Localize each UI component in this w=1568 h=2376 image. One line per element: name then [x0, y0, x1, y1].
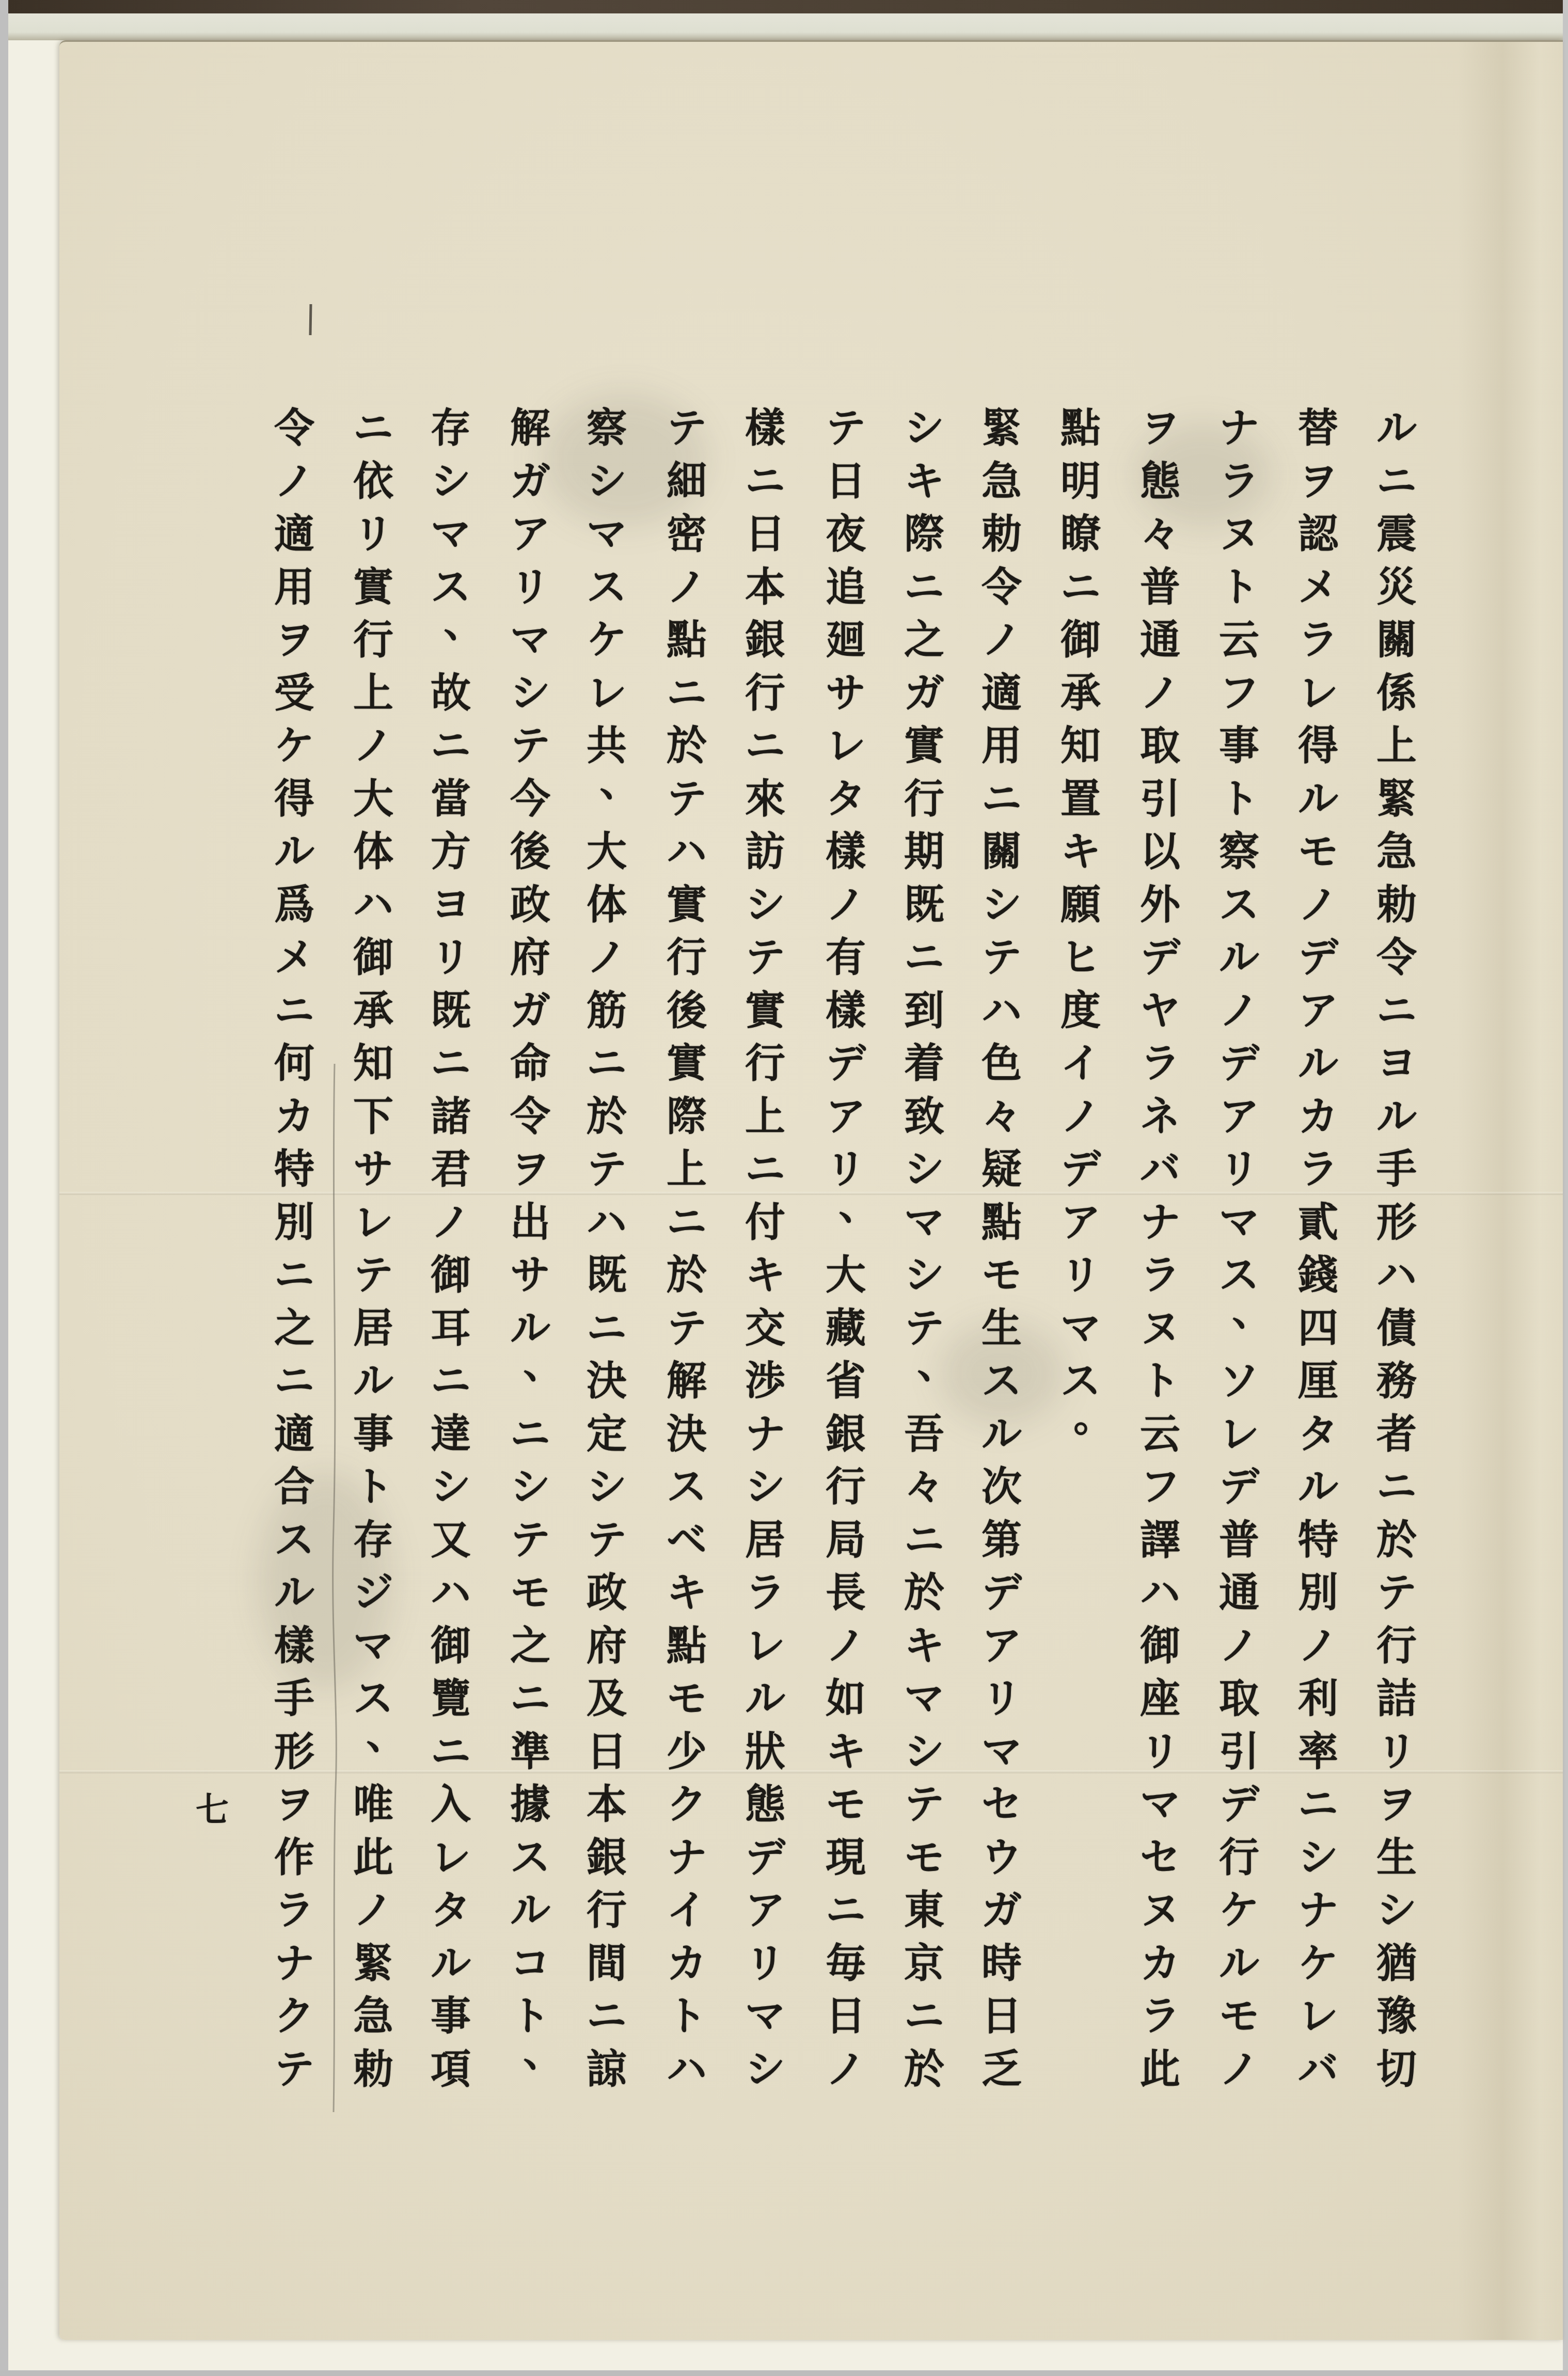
- character: 手: [1373, 1143, 1420, 1197]
- text-column: ナラヌト云フ事ト察スルノデアリマス、ソレデ普通ノ取引デ行ケルモノ: [1216, 402, 1262, 2096]
- character: 云: [1137, 1408, 1183, 1461]
- character: 色: [978, 1037, 1025, 1091]
- character: 於: [663, 720, 710, 773]
- character: ノ: [1216, 985, 1262, 1038]
- character: 取: [1137, 720, 1183, 773]
- character: 瞭: [1057, 508, 1104, 561]
- character: ラ: [742, 1567, 788, 1620]
- character: 急: [350, 1990, 397, 2043]
- character: 耳: [427, 1302, 474, 1356]
- character: 令: [1373, 932, 1420, 985]
- character: 當: [427, 773, 474, 826]
- character: 解: [663, 1355, 710, 1408]
- character: 用: [271, 561, 318, 615]
- character: 知: [350, 1037, 397, 1091]
- character: ア: [822, 1091, 869, 1144]
- character: ス: [271, 1514, 318, 1567]
- text-column: 點明瞭ニ御承知置キ願ヒ度イノデアリマス。: [1057, 402, 1104, 1461]
- character: 承: [350, 985, 397, 1038]
- text-column: 樣ニ日本銀行ニ來訪シテ實行上ニ付キ交渉ナシ居ラレル狀態デアリマシ: [742, 402, 788, 2096]
- scanner-edge-bottom: [0, 2370, 1568, 2376]
- character: デ: [1295, 932, 1341, 985]
- character: レ: [742, 1620, 788, 1673]
- character: 災: [1373, 561, 1420, 615]
- character: 通: [1137, 614, 1183, 667]
- character: 適: [271, 508, 318, 561]
- character: リ: [742, 1938, 788, 1991]
- character: レ: [583, 667, 630, 720]
- character: ハ: [1373, 1249, 1420, 1302]
- character: 及: [583, 1673, 630, 1726]
- character: 點: [663, 1620, 710, 1673]
- character: 銀: [583, 1832, 630, 1885]
- character: ニ: [271, 985, 318, 1038]
- character: ル: [271, 1567, 318, 1620]
- text-column: 存シマス、故ニ當方ヨリ既ニ諸君ノ御耳ニ達シ又ハ御覽ニ入レタル事項: [427, 402, 474, 2096]
- pencil-line-mark: [320, 1064, 351, 2117]
- character: シ: [901, 1143, 947, 1197]
- character: レ: [427, 1832, 474, 1885]
- character: 豫: [1373, 1990, 1420, 2043]
- character: セ: [978, 1779, 1025, 1832]
- character: 別: [271, 1197, 318, 1250]
- character: 日: [583, 1726, 630, 1779]
- character: ヲ: [1295, 455, 1341, 509]
- character: サ: [507, 1249, 553, 1302]
- text-column: テ細密ノ點ニ於テハ實行後實際上ニ於テ解決スベキ點モ少クナイカトハ: [663, 402, 710, 2096]
- character: ス: [978, 1355, 1025, 1408]
- character: 上: [350, 667, 397, 720]
- character: タ: [1295, 1408, 1341, 1461]
- character: 、: [520, 2026, 566, 2080]
- text-column: ニ依リ實行上ノ大体ハ御承知下サレテ居ル事ト存ジマス、唯此ノ緊急勅: [350, 402, 397, 2096]
- character: マ: [742, 1990, 788, 2043]
- character: ラ: [1137, 1037, 1183, 1091]
- character: 東: [901, 1884, 947, 1938]
- text-column: テ日夜追廻サレタ樣ノ有樣デアリ、大藏省銀行局長ノ如キモ現ニ毎日ノ: [822, 402, 869, 2096]
- character: ニ: [742, 455, 788, 509]
- character: ニ: [350, 402, 397, 455]
- character: 置: [1057, 773, 1104, 826]
- character: マ: [901, 1673, 947, 1726]
- character: ト: [1216, 773, 1262, 826]
- character: 普: [1137, 561, 1183, 615]
- character: ス: [583, 561, 630, 615]
- character: ア: [742, 1884, 788, 1938]
- character: ラ: [271, 1884, 318, 1938]
- character: バ: [1295, 2043, 1341, 2097]
- character: 於: [901, 1567, 947, 1620]
- character: 定: [583, 1408, 630, 1461]
- character: ル: [978, 1408, 1025, 1461]
- character: ノ: [822, 879, 869, 932]
- character: ヒ: [1057, 932, 1104, 985]
- character: 緊: [350, 1938, 397, 1991]
- character: キ: [742, 1249, 788, 1302]
- character: ノ: [427, 1197, 474, 1250]
- character: 行: [1216, 1832, 1262, 1885]
- character: 通: [1216, 1567, 1262, 1620]
- character: ア: [507, 508, 553, 561]
- character: 御: [427, 1620, 474, 1673]
- stray-tick-mark: [305, 302, 317, 338]
- character: 交: [742, 1302, 788, 1356]
- character: 務: [1373, 1355, 1420, 1408]
- character: 、: [363, 1709, 409, 1762]
- character: 令: [978, 561, 1025, 615]
- character: フ: [1137, 1461, 1183, 1514]
- character: 得: [1295, 720, 1341, 773]
- binding-strip: [8, 13, 1563, 40]
- text-column: 替ヲ認メラレ得ルモノデアルカラ貳錢四厘タル特別ノ利率ニシナケレバ: [1295, 402, 1341, 2096]
- character: テ: [1373, 1567, 1420, 1620]
- character: テ: [583, 1514, 630, 1567]
- character: ラ: [1295, 614, 1341, 667]
- character: 狀: [742, 1726, 788, 1779]
- text-column: 緊急勅令ノ適用ニ關シテハ色々疑點モ生スル次第デアリマセウガ時日乏: [978, 402, 1025, 2096]
- character: ス: [1216, 879, 1262, 932]
- character: 日: [822, 1990, 869, 2043]
- character: 認: [1295, 508, 1341, 561]
- character: 實: [663, 879, 710, 932]
- character: 君: [427, 1143, 474, 1197]
- character: キ: [901, 455, 947, 509]
- character: 適: [978, 667, 1025, 720]
- character: コ: [507, 1938, 553, 1991]
- character: ナ: [271, 1938, 318, 1991]
- character: ク: [271, 1990, 318, 2043]
- character: キ: [901, 1620, 947, 1673]
- character: 願: [1057, 879, 1104, 932]
- character: ハ: [663, 2043, 710, 2097]
- character: ア: [978, 1620, 1025, 1673]
- character: フ: [1216, 667, 1262, 720]
- character: リ: [1137, 1726, 1183, 1779]
- character: ハ: [1137, 1567, 1183, 1620]
- character: 日: [742, 508, 788, 561]
- character: 解: [507, 402, 553, 455]
- character: モ: [822, 1779, 869, 1832]
- character: 居: [350, 1302, 397, 1356]
- character: ノ: [1216, 2043, 1262, 2097]
- character: レ: [350, 1197, 397, 1250]
- text-column: 察シマスケレ共、大体ノ筋ニ於テハ既ニ決定シテ政府及日本銀行間ニ諒: [583, 402, 630, 2096]
- character: 別: [1295, 1567, 1341, 1620]
- character: 期: [901, 826, 947, 879]
- character: 、: [1229, 1285, 1275, 1339]
- character: ニ: [901, 1990, 947, 2043]
- character: ニ: [901, 932, 947, 985]
- character: 御: [1057, 614, 1104, 667]
- character: リ: [1216, 1143, 1262, 1197]
- character: ニ: [1373, 1461, 1420, 1514]
- character: キ: [663, 1567, 710, 1620]
- character: テ: [822, 402, 869, 455]
- character: 筋: [583, 985, 630, 1038]
- character: ル: [1295, 773, 1341, 826]
- character: マ: [1137, 1779, 1183, 1832]
- character: キ: [1057, 826, 1104, 879]
- character: 關: [978, 826, 1025, 879]
- character: 細: [663, 455, 710, 509]
- character: リ: [427, 932, 474, 985]
- character: 間: [583, 1938, 630, 1991]
- character: シ: [742, 2043, 788, 2097]
- character: シ: [427, 455, 474, 509]
- character: ル: [742, 1673, 788, 1726]
- character: 体: [583, 879, 630, 932]
- character: 決: [583, 1355, 630, 1408]
- scanner-edge-right: [1563, 0, 1568, 2376]
- character: テ: [742, 932, 788, 985]
- character: 行: [742, 667, 788, 720]
- character: ニ: [271, 1355, 318, 1408]
- character: 生: [1373, 1832, 1420, 1885]
- character: 實: [742, 985, 788, 1038]
- character: 既: [901, 879, 947, 932]
- character: ハ: [583, 1197, 630, 1250]
- character: ト: [1216, 561, 1262, 615]
- character: ケ: [1216, 1884, 1262, 1938]
- character: 乏: [978, 2043, 1025, 2097]
- character: 引: [1137, 773, 1183, 826]
- character: ノ: [1295, 879, 1341, 932]
- character: 上: [742, 1091, 788, 1144]
- character: 緊: [978, 402, 1025, 455]
- character: ノ: [583, 932, 630, 985]
- character: 決: [663, 1408, 710, 1461]
- character: メ: [271, 932, 318, 985]
- character: 實: [901, 720, 947, 773]
- character: ラ: [1137, 1990, 1183, 2043]
- character: 銀: [742, 614, 788, 667]
- character: デ: [822, 1037, 869, 1091]
- character: テ: [663, 773, 710, 826]
- character: 何: [271, 1037, 318, 1091]
- character: 、: [596, 756, 643, 809]
- character: モ: [507, 1567, 553, 1620]
- character: 行: [350, 614, 397, 667]
- character: リ: [507, 561, 553, 615]
- character: 特: [271, 1143, 318, 1197]
- character: 際: [663, 1091, 710, 1144]
- character: シ: [901, 402, 947, 455]
- character: カ: [663, 1938, 710, 1991]
- character: 如: [822, 1673, 869, 1726]
- character: 覽: [427, 1673, 474, 1726]
- character: ニ: [1295, 1779, 1341, 1832]
- character: ア: [1057, 1197, 1104, 1250]
- character: 諸: [427, 1091, 474, 1144]
- character: 於: [1373, 1514, 1420, 1567]
- character: 之: [271, 1302, 318, 1356]
- character: ノ: [271, 455, 318, 509]
- character: 察: [1216, 826, 1262, 879]
- character: 點: [663, 614, 710, 667]
- character: ヌ: [1137, 1302, 1183, 1356]
- character: テ: [507, 720, 553, 773]
- character: リ: [1057, 1249, 1104, 1302]
- character: テ: [507, 1514, 553, 1567]
- character: デ: [978, 1567, 1025, 1620]
- character: 渉: [742, 1355, 788, 1408]
- character: 準: [507, 1726, 553, 1779]
- character: カ: [1137, 1938, 1183, 1991]
- character: 々: [901, 1461, 947, 1514]
- character: モ: [1295, 826, 1341, 879]
- character: シ: [583, 1461, 630, 1514]
- character: デ: [1216, 1037, 1262, 1091]
- character: 行: [1373, 1620, 1420, 1673]
- character: マ: [583, 508, 630, 561]
- character: ル: [1373, 1091, 1420, 1144]
- character: シ: [901, 1726, 947, 1779]
- character: セ: [1137, 1832, 1183, 1885]
- character: ニ: [1373, 985, 1420, 1038]
- character: 訪: [742, 826, 788, 879]
- character: テ: [271, 2043, 318, 2097]
- character: ケ: [583, 614, 630, 667]
- character: 政: [507, 879, 553, 932]
- character: ノ: [350, 1884, 397, 1938]
- character: シ: [742, 1461, 788, 1514]
- character: 度: [1057, 985, 1104, 1038]
- character: ト: [350, 1461, 397, 1514]
- character: 上: [1373, 720, 1420, 773]
- character: ヤ: [1137, 985, 1183, 1038]
- character: 作: [271, 1832, 318, 1885]
- character: ニ: [901, 1514, 947, 1567]
- character: レ: [1295, 1990, 1341, 2043]
- character: 存: [427, 402, 474, 455]
- character: カ: [271, 1091, 318, 1144]
- character: 依: [350, 455, 397, 509]
- character: 現: [822, 1832, 869, 1885]
- character: 承: [1057, 667, 1104, 720]
- character: 率: [1295, 1726, 1341, 1779]
- character: 替: [1295, 402, 1341, 455]
- text-column: シキ際ニ之ガ實行期既ニ到着致シマシテ、吾々ニ於キマシテモ東京ニ於: [901, 402, 947, 2096]
- character: 時: [978, 1938, 1025, 1991]
- character: ニ: [507, 1408, 553, 1461]
- character: 據: [507, 1779, 553, 1832]
- character: 藏: [822, 1302, 869, 1356]
- character: ガ: [901, 667, 947, 720]
- character: 長: [822, 1567, 869, 1620]
- character: 勅: [350, 2043, 397, 2097]
- character: ヲ: [271, 1779, 318, 1832]
- character: デ: [1216, 1461, 1262, 1514]
- character: 付: [742, 1197, 788, 1250]
- character: 點: [978, 1197, 1025, 1250]
- character: ル: [1216, 932, 1262, 985]
- character: 府: [583, 1620, 630, 1673]
- character: 樣: [822, 826, 869, 879]
- character: 明: [1057, 455, 1104, 509]
- character: ハ: [350, 879, 397, 932]
- character: ニ: [663, 667, 710, 720]
- character: テ: [583, 1143, 630, 1197]
- character: ヲ: [1137, 402, 1183, 455]
- character: 、: [520, 1338, 566, 1391]
- character: 疑: [978, 1143, 1025, 1197]
- character: 形: [1373, 1197, 1420, 1250]
- character: 後: [663, 985, 710, 1038]
- character: ニ: [583, 1302, 630, 1356]
- character: 於: [901, 2043, 947, 2097]
- character: テ: [350, 1249, 397, 1302]
- character: 手: [271, 1673, 318, 1726]
- character: ノ: [822, 2043, 869, 2097]
- character: ル: [1295, 1461, 1341, 1514]
- character: 々: [1137, 508, 1183, 561]
- character: ニ: [1373, 455, 1420, 509]
- character: ジ: [350, 1567, 397, 1620]
- character: 事: [1216, 720, 1262, 773]
- character: 致: [901, 1091, 947, 1144]
- character: 合: [271, 1461, 318, 1514]
- character: 存: [350, 1514, 397, 1567]
- text-column: ルニ震災關係上緊急勅令ニヨル手形ハ債務者ニ於テ行詰リヲ生シ猶豫切: [1373, 402, 1420, 2096]
- scanner-edge-left: [0, 0, 8, 2376]
- character: 体: [350, 826, 397, 879]
- character: バ: [1137, 1143, 1183, 1197]
- character: 勅: [978, 508, 1025, 561]
- character: ニ: [822, 1884, 869, 1938]
- character: ラ: [1216, 455, 1262, 509]
- character: 廻: [822, 614, 869, 667]
- character: ス: [507, 1832, 553, 1885]
- character: マ: [901, 1197, 947, 1250]
- character: 形: [271, 1726, 318, 1779]
- character: 外: [1137, 879, 1183, 932]
- character: 貳: [1295, 1197, 1341, 1250]
- character: 御: [1137, 1620, 1183, 1673]
- character: 、: [440, 597, 487, 650]
- character: 於: [583, 1091, 630, 1144]
- character: マ: [507, 614, 553, 667]
- character: 少: [663, 1726, 710, 1779]
- character: 緊: [1373, 773, 1420, 826]
- character: 銀: [822, 1408, 869, 1461]
- character: ル: [427, 1938, 474, 1991]
- character: ル: [271, 826, 318, 879]
- character: ニ: [978, 773, 1025, 826]
- character: 譯: [1137, 1514, 1183, 1567]
- character: シ: [901, 1249, 947, 1302]
- character: マ: [427, 508, 474, 561]
- character: 樣: [822, 985, 869, 1038]
- character: 着: [901, 1037, 947, 1091]
- character: ノ: [350, 720, 397, 773]
- page-number: 七: [196, 1792, 229, 1828]
- character: ガ: [978, 1884, 1025, 1938]
- character: イ: [663, 1884, 710, 1938]
- character: ト: [663, 1990, 710, 2043]
- character: ノ: [1057, 1091, 1104, 1144]
- character: 又: [427, 1514, 474, 1567]
- character: 適: [271, 1408, 318, 1461]
- character: 大: [350, 773, 397, 826]
- character: ヨ: [427, 879, 474, 932]
- character: レ: [1295, 667, 1341, 720]
- character: 大: [822, 1249, 869, 1302]
- character: シ: [742, 879, 788, 932]
- character: テ: [978, 932, 1025, 985]
- character: ヲ: [507, 1143, 553, 1197]
- character: 受: [271, 667, 318, 720]
- character: 者: [1373, 1408, 1420, 1461]
